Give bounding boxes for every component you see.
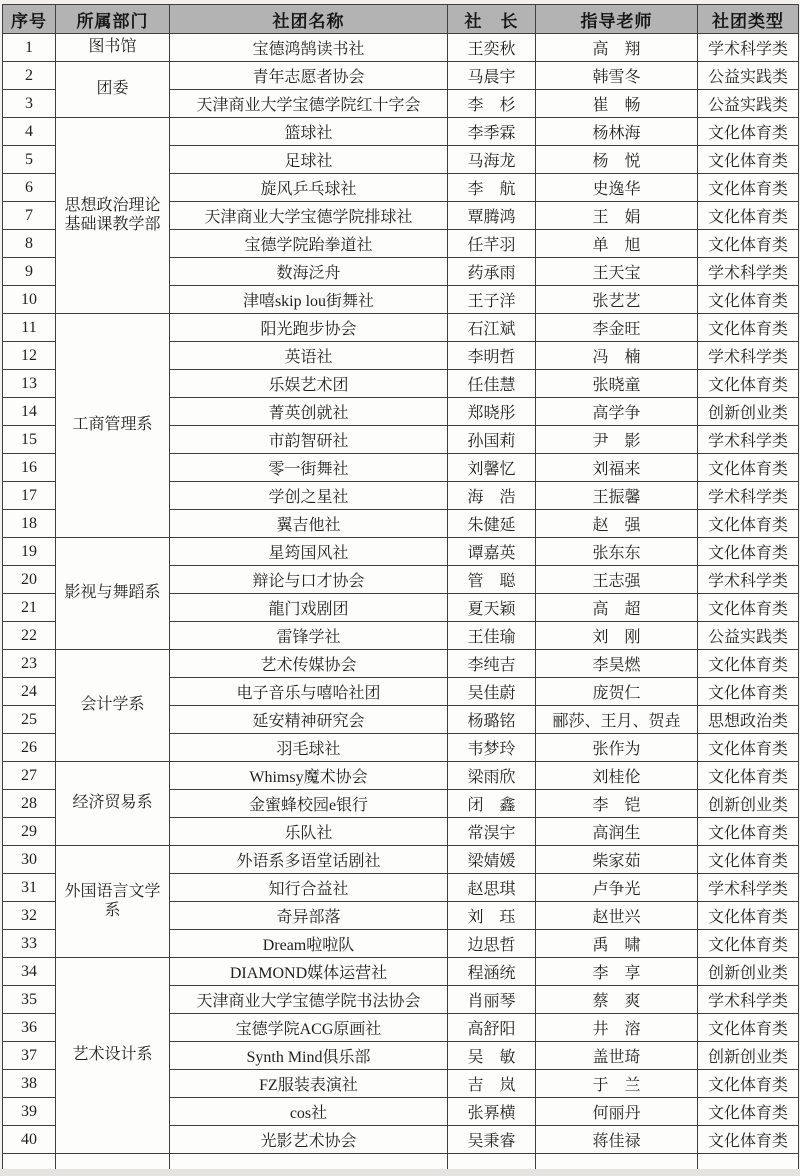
club-type-cell: 文化体育类 (698, 1014, 799, 1042)
club-name-cell: 雷锋学社 (170, 622, 448, 650)
advisor-cell: 于 兰 (536, 1070, 698, 1098)
club-name-cell: 旋风乒乓球社 (170, 174, 448, 202)
club-name-cell: 外语系多语堂话剧社 (170, 846, 448, 874)
club-type-cell: 文化体育类 (698, 230, 799, 258)
column-header-president: 社 长 (448, 5, 536, 34)
club-name-cell: 辩论与口才协会 (170, 566, 448, 594)
president-cell: 刘 珏 (448, 902, 536, 930)
row-index-cell: 24 (3, 678, 56, 706)
president-cell: 刘馨忆 (448, 454, 536, 482)
club-type-cell: 学术科学类 (698, 426, 799, 454)
department-cell: 图书馆 (56, 34, 170, 62)
advisor-cell: 盖世琦 (536, 1042, 698, 1070)
row-index-cell: 16 (3, 454, 56, 482)
row-index-cell: 22 (3, 622, 56, 650)
row-index-cell: 4 (3, 118, 56, 146)
club-name-cell: 宝德鸿鹄读书社 (170, 34, 448, 62)
club-name-cell: 零一街舞社 (170, 454, 448, 482)
club-name-cell: 天津商业大学宝德学院排球社 (170, 202, 448, 230)
club-type-cell: 学术科学类 (698, 986, 799, 1014)
club-name-cell: 青年志愿者协会 (170, 62, 448, 90)
club-name-cell: 延安精神研究会 (170, 706, 448, 734)
club-name-cell: 光影艺术协会 (170, 1126, 448, 1154)
club-name-cell: 龍门戏剧团 (170, 594, 448, 622)
president-cell: 马海龙 (448, 146, 536, 174)
president-cell: 谭嘉英 (448, 538, 536, 566)
row-index-cell: 12 (3, 342, 56, 370)
club-name-cell: Whimsy魔术协会 (170, 762, 448, 790)
advisor-cell: 高润生 (536, 818, 698, 846)
row-index-cell: 2 (3, 62, 56, 90)
club-name-cell: 星筠国风社 (170, 538, 448, 566)
advisor-cell: 王 娟 (536, 202, 698, 230)
club-name-cell: 乐娱艺术团 (170, 370, 448, 398)
club-name-cell: Dream啦啦队 (170, 930, 448, 958)
department-cell: 外国语言文学系 (56, 846, 170, 958)
advisor-cell: 尹 影 (536, 426, 698, 454)
club-type-cell: 学术科学类 (698, 482, 799, 510)
row-index-cell: 8 (3, 230, 56, 258)
advisor-cell: 高 翔 (536, 34, 698, 62)
row-index-cell: 21 (3, 594, 56, 622)
advisor-cell: 张东东 (536, 538, 698, 566)
club-name-cell: 天津商业大学宝德学院红十字会 (170, 90, 448, 118)
advisor-cell: 刘福来 (536, 454, 698, 482)
club-type-cell: 学术科学类 (698, 874, 799, 902)
club-name-cell: 宝德学院跆拳道社 (170, 230, 448, 258)
row-index-cell: 9 (3, 258, 56, 286)
advisor-cell: 王志强 (536, 566, 698, 594)
club-name-cell: 羽毛球社 (170, 734, 448, 762)
club-type-cell: 公益实践类 (698, 90, 799, 118)
row-index-cell: 1 (3, 34, 56, 62)
table-row: 1图书馆宝德鸿鹄读书社王奕秋高 翔学术科学类 (3, 34, 799, 62)
row-index-cell: 28 (3, 790, 56, 818)
president-cell: 朱健延 (448, 510, 536, 538)
club-type-cell: 创新创业类 (698, 790, 799, 818)
advisor-cell: 冯 楠 (536, 342, 698, 370)
advisor-cell: 王振馨 (536, 482, 698, 510)
row-index-cell: 32 (3, 902, 56, 930)
club-type-cell: 文化体育类 (698, 510, 799, 538)
row-index-cell: 39 (3, 1098, 56, 1126)
row-index-cell: 17 (3, 482, 56, 510)
row-index-cell: 25 (3, 706, 56, 734)
row-index-cell: 31 (3, 874, 56, 902)
president-cell: 吉 岚 (448, 1070, 536, 1098)
president-cell: 张奡横 (448, 1098, 536, 1126)
club-name-cell: 菁英创就社 (170, 398, 448, 426)
row-index-cell: 37 (3, 1042, 56, 1070)
row-index-cell: 3 (3, 90, 56, 118)
column-header-index: 序号 (3, 5, 56, 34)
club-type-cell: 公益实践类 (698, 622, 799, 650)
club-type-cell: 文化体育类 (698, 734, 799, 762)
row-index-cell: 10 (3, 286, 56, 314)
club-name-cell: 电子音乐与嘻哈社团 (170, 678, 448, 706)
president-cell: 边思哲 (448, 930, 536, 958)
row-index-cell: 26 (3, 734, 56, 762)
club-type-cell: 文化体育类 (698, 650, 799, 678)
club-name-cell: 宝德学院ACG原画社 (170, 1014, 448, 1042)
club-type-cell: 文化体育类 (698, 1126, 799, 1154)
column-header-department: 所属部门 (56, 5, 170, 34)
table-row: 30外国语言文学系外语系多语堂话剧社梁婧媛柴家茹文化体育类 (3, 846, 799, 874)
president-cell: 李 航 (448, 174, 536, 202)
president-cell: 李 杉 (448, 90, 536, 118)
president-cell: 李纯吉 (448, 650, 536, 678)
president-cell: 孙国莉 (448, 426, 536, 454)
table-row: 11工商管理系阳光跑步协会石江斌李金旺文化体育类 (3, 314, 799, 342)
club-name-cell: 市韵智研社 (170, 426, 448, 454)
row-index-cell: 19 (3, 538, 56, 566)
row-index-cell: 27 (3, 762, 56, 790)
president-cell: 梁婧媛 (448, 846, 536, 874)
club-type-cell: 文化体育类 (698, 902, 799, 930)
club-name-cell: 津嘻skip lou街舞社 (170, 286, 448, 314)
advisor-cell: 蔡 爽 (536, 986, 698, 1014)
table-row: 19影视与舞蹈系星筠国风社谭嘉英张东东文化体育类 (3, 538, 799, 566)
row-index-cell: 23 (3, 650, 56, 678)
president-cell: 吴 敏 (448, 1042, 536, 1070)
row-index-cell: 11 (3, 314, 56, 342)
club-type-cell: 文化体育类 (698, 314, 799, 342)
advisor-cell: 崔 畅 (536, 90, 698, 118)
advisor-cell: 何丽丹 (536, 1098, 698, 1126)
row-index-cell: 6 (3, 174, 56, 202)
president-cell: 郑晓彤 (448, 398, 536, 426)
row-index-cell: 14 (3, 398, 56, 426)
club-type-cell: 文化体育类 (698, 762, 799, 790)
table-row: 23会计学系艺术传媒协会李纯吉李昊燃文化体育类 (3, 650, 799, 678)
president-cell: 赵思琪 (448, 874, 536, 902)
row-index-cell: 36 (3, 1014, 56, 1042)
row-index-cell: 20 (3, 566, 56, 594)
table-row: 2团委青年志愿者协会马晨宇韩雪冬公益实践类 (3, 62, 799, 90)
row-index-cell: 5 (3, 146, 56, 174)
club-name-cell: 篮球社 (170, 118, 448, 146)
president-cell: 王佳瑜 (448, 622, 536, 650)
president-cell: 药承雨 (448, 258, 536, 286)
president-cell: 闭 鑫 (448, 790, 536, 818)
row-index-cell: 29 (3, 818, 56, 846)
club-name-cell: 艺术传媒协会 (170, 650, 448, 678)
president-cell: 常淏宇 (448, 818, 536, 846)
club-name-cell: 数海泛舟 (170, 258, 448, 286)
president-cell: 王奕秋 (448, 34, 536, 62)
club-name-cell: DIAMOND媒体运营社 (170, 958, 448, 986)
president-cell: 管 聪 (448, 566, 536, 594)
advisor-cell: 杨 悦 (536, 146, 698, 174)
president-cell: 马晨宇 (448, 62, 536, 90)
advisor-cell: 李 享 (536, 958, 698, 986)
advisor-cell: 高学争 (536, 398, 698, 426)
advisor-cell: 单 旭 (536, 230, 698, 258)
club-name-cell: 金蜜蜂校园e银行 (170, 790, 448, 818)
advisor-cell: 杨林海 (536, 118, 698, 146)
advisor-cell: 张作为 (536, 734, 698, 762)
president-cell: 程涵统 (448, 958, 536, 986)
president-cell: 夏天颖 (448, 594, 536, 622)
advisor-cell: 李昊燃 (536, 650, 698, 678)
club-type-cell: 创新创业类 (698, 958, 799, 986)
club-name-cell: 天津商业大学宝德学院书法协会 (170, 986, 448, 1014)
column-header-club-name: 社团名称 (170, 5, 448, 34)
club-type-cell: 文化体育类 (698, 1098, 799, 1126)
club-type-cell: 文化体育类 (698, 174, 799, 202)
advisor-cell: 卢争光 (536, 874, 698, 902)
row-index-cell: 34 (3, 958, 56, 986)
club-name-cell: Synth Mind俱乐部 (170, 1042, 448, 1070)
row-index-cell: 40 (3, 1126, 56, 1154)
club-type-cell: 学术科学类 (698, 34, 799, 62)
page-bottom-edge (0, 1169, 800, 1176)
club-type-cell: 文化体育类 (698, 538, 799, 566)
department-cell: 工商管理系 (56, 314, 170, 538)
club-type-cell: 创新创业类 (698, 398, 799, 426)
department-cell: 艺术设计系 (56, 958, 170, 1154)
row-index-cell: 15 (3, 426, 56, 454)
row-index-cell: 13 (3, 370, 56, 398)
column-header-club-type: 社团类型 (698, 5, 799, 34)
advisor-cell: 蒋佳禄 (536, 1126, 698, 1154)
department-cell: 影视与舞蹈系 (56, 538, 170, 650)
club-name-cell: FZ服装表演社 (170, 1070, 448, 1098)
row-index-cell: 35 (3, 986, 56, 1014)
advisor-cell: 郦莎、王月、贺垚 (536, 706, 698, 734)
advisor-cell: 刘 刚 (536, 622, 698, 650)
club-type-cell: 公益实践类 (698, 62, 799, 90)
president-cell: 韦梦玲 (448, 734, 536, 762)
club-name-cell: 英语社 (170, 342, 448, 370)
advisor-cell: 张艺艺 (536, 286, 698, 314)
row-index-cell: 7 (3, 202, 56, 230)
club-type-cell: 文化体育类 (698, 118, 799, 146)
advisor-cell: 王天宝 (536, 258, 698, 286)
advisor-cell: 史逸华 (536, 174, 698, 202)
header-row: 序号 所属部门 社团名称 社 长 指导老师 社团类型 (3, 5, 799, 34)
advisor-cell: 庞贺仁 (536, 678, 698, 706)
club-name-cell: 知行合益社 (170, 874, 448, 902)
club-name-cell: 学创之星社 (170, 482, 448, 510)
club-type-cell: 创新创业类 (698, 1042, 799, 1070)
president-cell: 梁雨欣 (448, 762, 536, 790)
president-cell: 李明哲 (448, 342, 536, 370)
club-name-cell: 阳光跑步协会 (170, 314, 448, 342)
department-cell: 团委 (56, 62, 170, 118)
clubs-table: 序号 所属部门 社团名称 社 长 指导老师 社团类型 1图书馆宝德鸿鹄读书社王奕… (2, 4, 799, 1176)
club-name-cell: 乐队社 (170, 818, 448, 846)
club-type-cell: 学术科学类 (698, 342, 799, 370)
president-cell: 吴佳蔚 (448, 678, 536, 706)
club-type-cell: 学术科学类 (698, 566, 799, 594)
club-type-cell: 文化体育类 (698, 678, 799, 706)
club-name-cell: 奇异部落 (170, 902, 448, 930)
advisor-cell: 井 溶 (536, 1014, 698, 1042)
president-cell: 海 浩 (448, 482, 536, 510)
club-type-cell: 文化体育类 (698, 370, 799, 398)
club-name-cell: 翼吉他社 (170, 510, 448, 538)
club-type-cell: 文化体育类 (698, 146, 799, 174)
row-index-cell: 18 (3, 510, 56, 538)
club-type-cell: 文化体育类 (698, 846, 799, 874)
table-row: 27经济贸易系Whimsy魔术协会梁雨欣刘桂伦文化体育类 (3, 762, 799, 790)
president-cell: 肖丽琴 (448, 986, 536, 1014)
club-type-cell: 文化体育类 (698, 930, 799, 958)
club-type-cell: 思想政治类 (698, 706, 799, 734)
advisor-cell: 禹 啸 (536, 930, 698, 958)
table-body: 1图书馆宝德鸿鹄读书社王奕秋高 翔学术科学类2团委青年志愿者协会马晨宇韩雪冬公益… (3, 34, 799, 1176)
row-index-cell: 33 (3, 930, 56, 958)
president-cell: 任芊羽 (448, 230, 536, 258)
advisor-cell: 柴家茹 (536, 846, 698, 874)
advisor-cell: 赵世兴 (536, 902, 698, 930)
row-index-cell: 30 (3, 846, 56, 874)
president-cell: 覃腾鸿 (448, 202, 536, 230)
club-type-cell: 文化体育类 (698, 454, 799, 482)
president-cell: 杨璐铭 (448, 706, 536, 734)
club-type-cell: 文化体育类 (698, 594, 799, 622)
advisor-cell: 韩雪冬 (536, 62, 698, 90)
advisor-cell: 赵 强 (536, 510, 698, 538)
advisor-cell: 张晓童 (536, 370, 698, 398)
president-cell: 高舒阳 (448, 1014, 536, 1042)
club-type-cell: 学术科学类 (698, 258, 799, 286)
president-cell: 李季霖 (448, 118, 536, 146)
club-type-cell: 文化体育类 (698, 1070, 799, 1098)
club-type-cell: 文化体育类 (698, 286, 799, 314)
table-row: 34艺术设计系DIAMOND媒体运营社程涵统李 享创新创业类 (3, 958, 799, 986)
department-cell: 会计学系 (56, 650, 170, 762)
department-cell: 思想政治理论基础课教学部 (56, 118, 170, 314)
club-type-cell: 文化体育类 (698, 202, 799, 230)
president-cell: 任佳慧 (448, 370, 536, 398)
president-cell: 吴秉睿 (448, 1126, 536, 1154)
president-cell: 王子洋 (448, 286, 536, 314)
advisor-cell: 刘桂伦 (536, 762, 698, 790)
club-roster-document: 序号 所属部门 社团名称 社 长 指导老师 社团类型 1图书馆宝德鸿鹄读书社王奕… (0, 0, 800, 1176)
club-name-cell: cos社 (170, 1098, 448, 1126)
table-row: 4思想政治理论基础课教学部篮球社李季霖杨林海文化体育类 (3, 118, 799, 146)
advisor-cell: 李 铠 (536, 790, 698, 818)
club-name-cell: 足球社 (170, 146, 448, 174)
row-index-cell: 38 (3, 1070, 56, 1098)
advisor-cell: 李金旺 (536, 314, 698, 342)
president-cell: 石江斌 (448, 314, 536, 342)
column-header-advisor: 指导老师 (536, 5, 698, 34)
advisor-cell: 高 超 (536, 594, 698, 622)
club-type-cell: 文化体育类 (698, 818, 799, 846)
department-cell: 经济贸易系 (56, 762, 170, 846)
